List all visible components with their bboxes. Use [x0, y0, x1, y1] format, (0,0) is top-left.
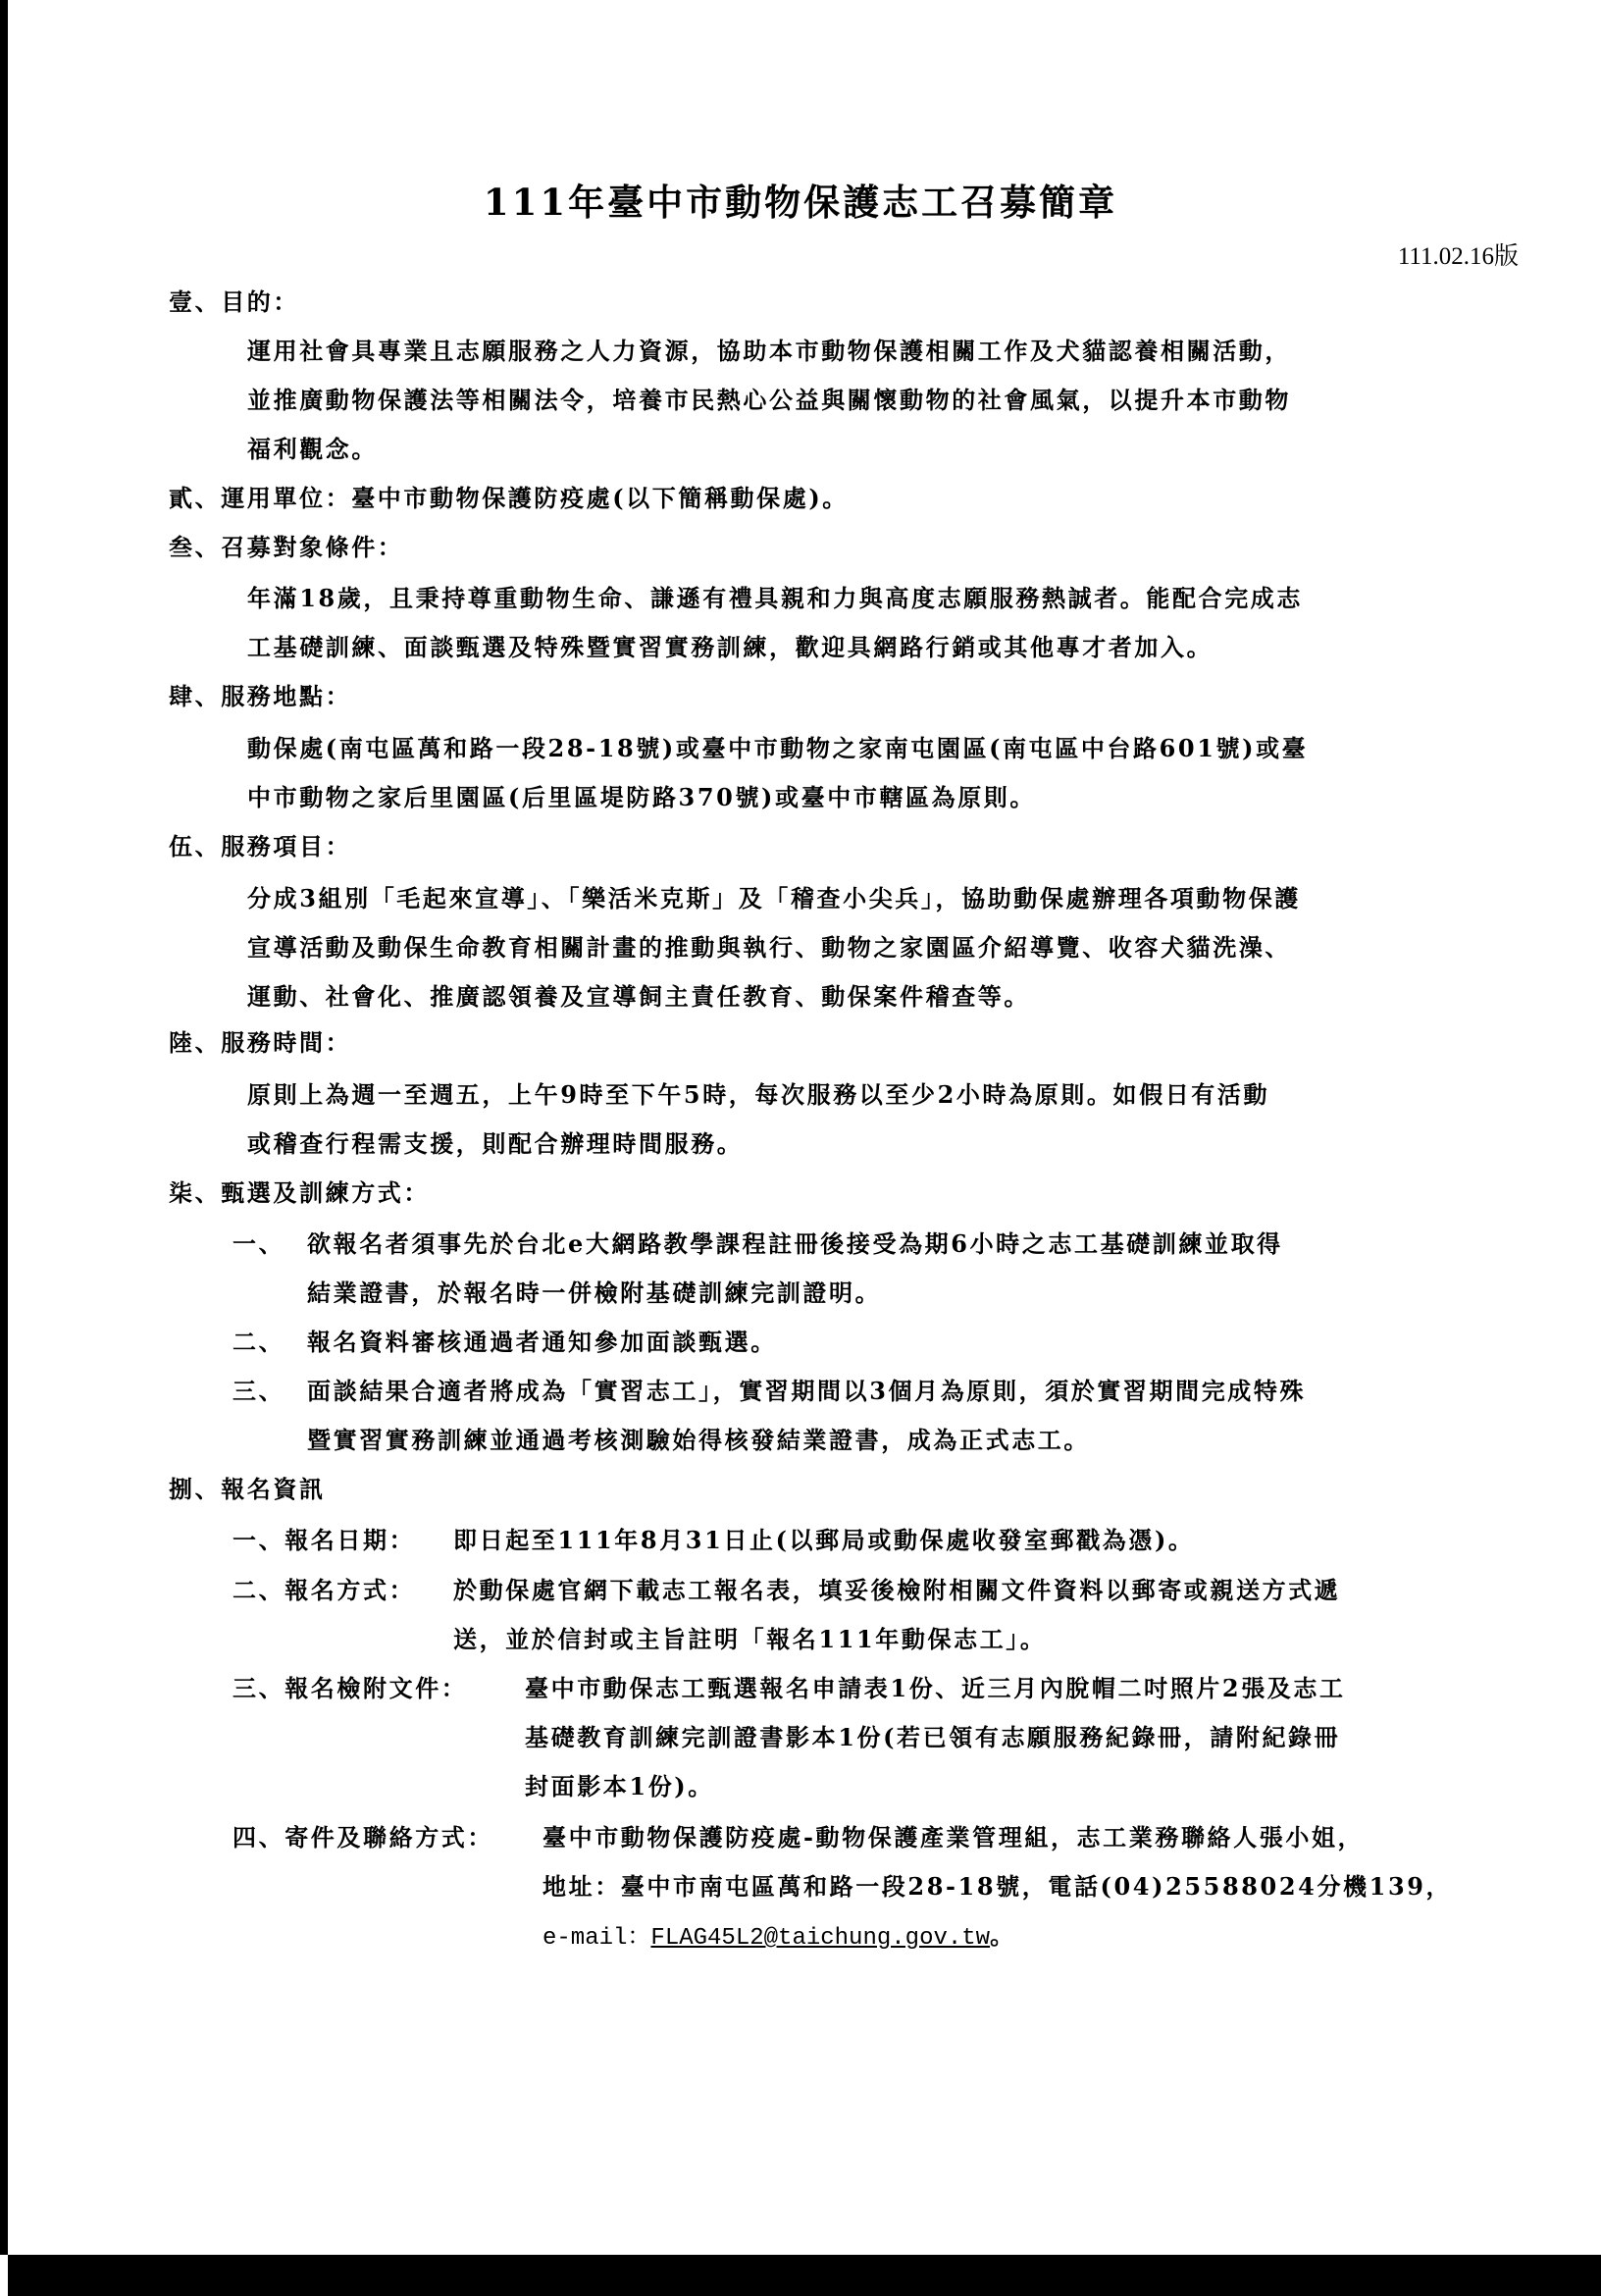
- list-item-number: 三、: [232, 1374, 284, 1409]
- section-text: 工基礎訓練、面談甄選及特殊暨實習實務訓練，歡迎具網路行銷或其他專才者加入。: [247, 630, 1213, 665]
- registration-item-label: 四、寄件及聯絡方式：: [232, 1820, 493, 1855]
- registration-item-label: 一、報名日期：: [232, 1523, 415, 1558]
- email-suffix: 。: [990, 1921, 1016, 1950]
- list-item-text: 欲報名者須事先於台北e大網路教學課程註冊後接受為期6小時之志工基礎訓練並取得: [307, 1226, 1283, 1262]
- registration-item-text: 臺中市動物保護防疫處-動物保護產業管理組，志工業務聯絡人張小姐，: [542, 1820, 1364, 1855]
- section-heading-selection-training: 柒、甄選及訓練方式：: [169, 1175, 430, 1211]
- list-item-text: 報名資料審核通過者通知參加面談甄選。: [307, 1325, 777, 1360]
- registration-item-label: 三、報名檢附文件：: [232, 1671, 467, 1706]
- registration-item-text: 即日起至111年8月31日止(以郵局或動保處收發室郵戳為憑)。: [453, 1523, 1195, 1558]
- contact-email-line: e-mail：FLAG45L2@taichung.gov.tw。: [542, 1918, 1016, 1957]
- section-text: 宣導活動及動保生命教育相關計畫的推動與執行、動物之家園區介紹導覽、收容犬貓洗澡、: [247, 930, 1291, 965]
- contact-address-text: 地址：臺中市南屯區萬和路一段28-18號，電話(04)25588024分機139…: [542, 1869, 1452, 1905]
- section-text: 或稽查行程需支援，則配合辦理時間服務。: [247, 1126, 743, 1162]
- section-heading-service-time: 陸、服務時間：: [169, 1025, 351, 1061]
- section-text: 中市動物之家后里園區(后里區堤防路370號)或臺中市轄區為原則。: [247, 780, 1036, 815]
- section-text: 運動、社會化、推廣認領養及宣導飼主責任教育、動保案件稽查等。: [247, 979, 1030, 1015]
- document-page: 111年臺中市動物保護志工召募簡章 111.02.16版 壹、目的： 運用社會具…: [0, 0, 1601, 2255]
- section-heading-registration-info: 捌、報名資訊: [169, 1472, 326, 1507]
- list-item-text: 結業證書，於報名時一併檢附基礎訓練完訓證明。: [307, 1276, 881, 1311]
- registration-item-text: 基礎教育訓練完訓證書影本1份(若已領有志願服務紀錄冊，請附紀錄冊: [525, 1720, 1340, 1755]
- list-item-text: 暨實習實務訓練並通過考核測驗始得核發結業證書，成為正式志工。: [307, 1423, 1090, 1458]
- list-item-number: 二、: [232, 1325, 284, 1360]
- section-heading-location: 肆、服務地點：: [169, 679, 351, 714]
- section-text: 福利觀念。: [247, 432, 378, 467]
- email-link[interactable]: FLAG45L2@taichung.gov.tw: [650, 1925, 990, 1952]
- section-heading-operating-unit: 貳、運用單位：臺中市動物保護防疫處(以下簡稱動保處)。: [169, 481, 849, 516]
- section-text: 並推廣動物保護法等相關法令，培養市民熱心公益與關懷動物的社會風氣，以提升本市動物: [247, 383, 1291, 418]
- section-heading-purpose: 壹、目的：: [169, 285, 299, 320]
- section-heading-service-items: 伍、服務項目：: [169, 829, 351, 864]
- section-heading-eligibility: 叁、召募對象條件：: [169, 530, 403, 565]
- registration-item-text: 封面影本1份)。: [525, 1769, 714, 1804]
- registration-item-text: 於動保處官網下載志工報名表，填妥後檢附相關文件資料以郵寄或親送方式遞: [453, 1573, 1340, 1608]
- registration-item-text: 送，並於信封或主旨註明「報名111年動保志工」。: [453, 1622, 1047, 1657]
- section-text: 分成3組別「毛起來宣導」、「樂活米克斯」及「稽查小尖兵」，協助動保處辦理各項動物…: [247, 881, 1301, 916]
- section-text: 年滿18歲，且秉持尊重動物生命、謙遜有禮具親和力與高度志願服務熱誠者。能配合完成…: [247, 581, 1303, 616]
- section-text: 運用社會具專業且志願服務之人力資源，協助本市動物保護相關工作及犬貓認養相關活動，: [247, 334, 1291, 369]
- document-title: 111年臺中市動物保護志工召募簡章: [0, 173, 1601, 232]
- list-item-text: 面談結果合適者將成為「實習志工」，實習期間以3個月為原則，須於實習期間完成特殊: [307, 1374, 1306, 1409]
- section-text: 動保處(南屯區萬和路一段28-18號)或臺中市動物之家南屯園區(南屯區中台路60…: [247, 731, 1308, 766]
- registration-item-label: 二、報名方式：: [232, 1573, 415, 1608]
- registration-item-text: 臺中市動保志工甄選報名申請表1份、近三月內脫帽二吋照片2張及志工: [525, 1671, 1346, 1706]
- section-text: 原則上為週一至週五，上午9時至下午5時，每次服務以至少2小時為原則。如假日有活動: [247, 1077, 1269, 1113]
- list-item-number: 一、: [232, 1226, 284, 1262]
- email-prefix: e-mail：: [542, 1925, 650, 1952]
- scan-bottom-bar: [8, 2255, 1601, 2296]
- version-label: 111.02.16版: [1398, 239, 1519, 275]
